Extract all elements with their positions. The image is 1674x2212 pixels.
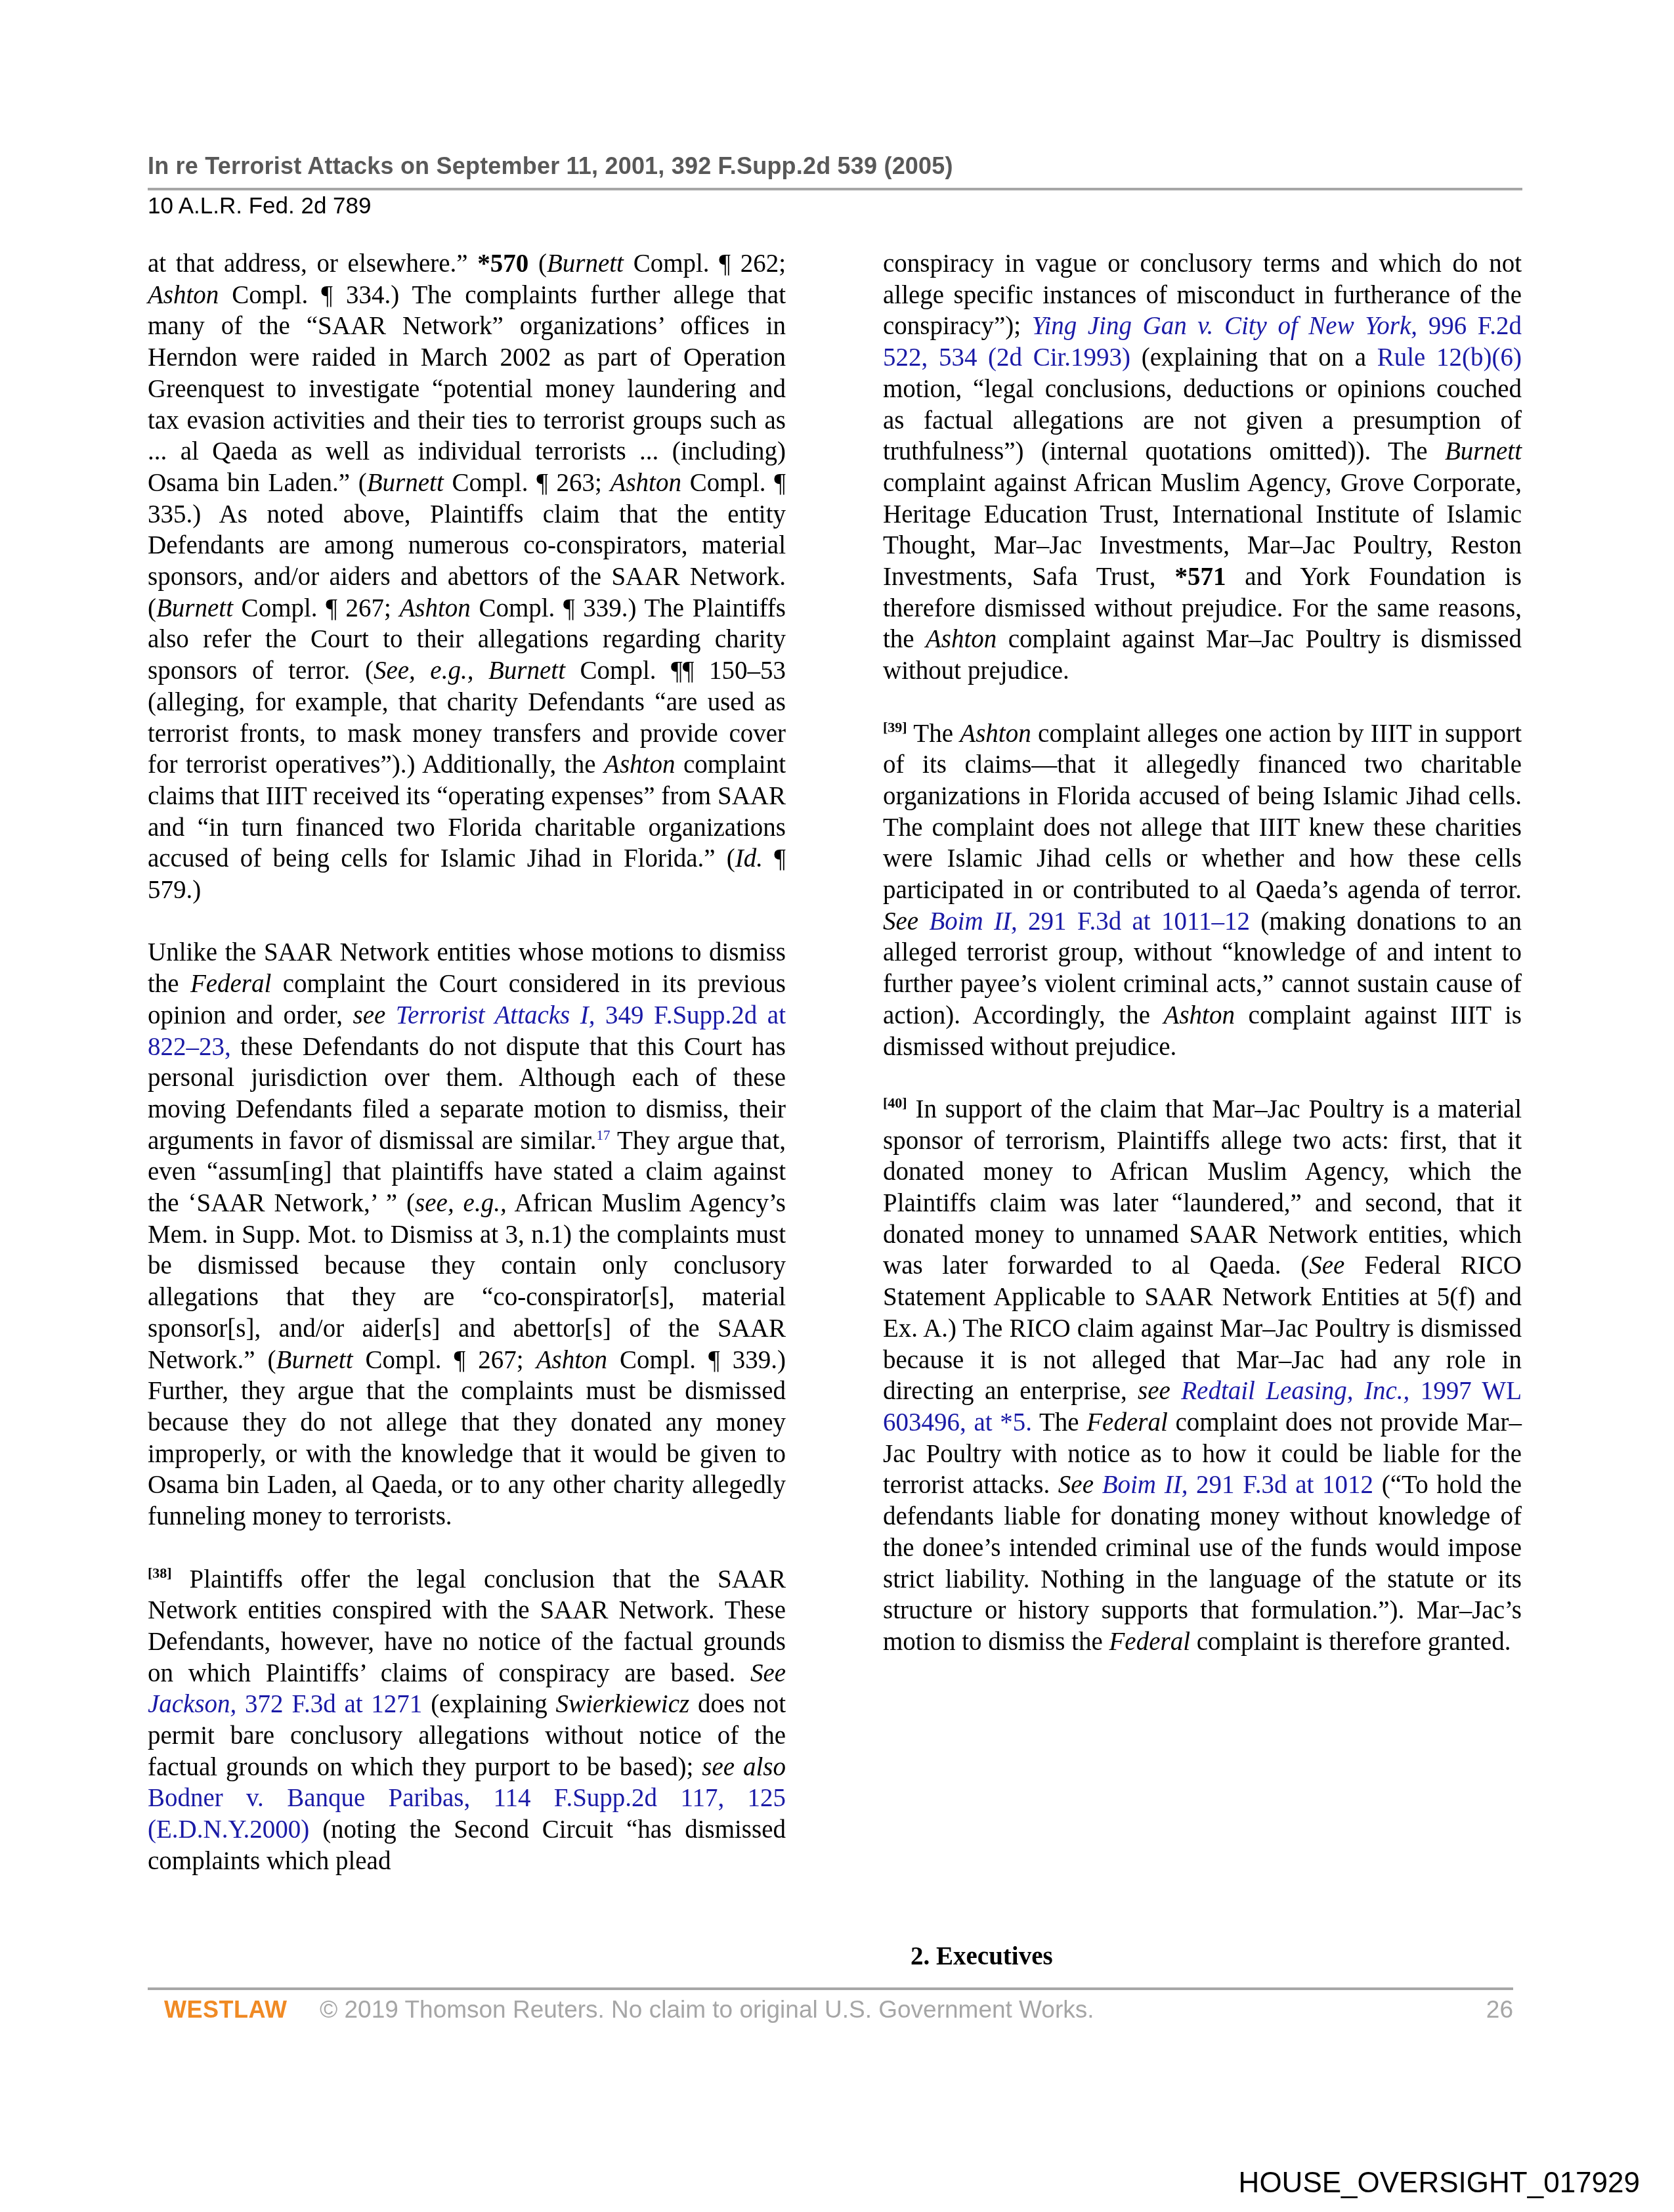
emphasis-text: See [1058, 1471, 1094, 1499]
citation-link[interactable]: Redtail Leasing, Inc., [1181, 1377, 1409, 1405]
emphasis-text: Ashton [960, 720, 1031, 748]
emphasis-text: Id. [735, 844, 763, 873]
body-text: motion, “legal conclusions, deductions o… [883, 375, 1522, 466]
emphasis-text: Swierkiewicz [556, 1690, 690, 1718]
copyright-notice: © 2019 Thomson Reuters. No claim to orig… [320, 1996, 1094, 2024]
body-text: (explaining that on a [1130, 343, 1377, 372]
paragraph: Unlike the SAAR Network entities whose m… [148, 937, 786, 1532]
body-text [1094, 1471, 1102, 1499]
body-text [385, 1001, 396, 1030]
citation-link[interactable]: Boim II, [1102, 1471, 1188, 1499]
body-text [1170, 1377, 1181, 1405]
citation-link[interactable]: 372 F.3d at 1271 [236, 1690, 422, 1718]
paragraph: at that address, or elsewhere.” *570 (Bu… [148, 248, 786, 906]
paragraph: [40] In support of the claim that Mar–Ja… [883, 1094, 1522, 1658]
emphasis-text: See, e.g., [374, 657, 474, 685]
emphasis-text: Federal [1109, 1628, 1190, 1656]
emphasis-text: See [1309, 1251, 1344, 1280]
emphasis-text: See [883, 907, 918, 936]
body-text: Compl. ¶ 334.) The complaints further al… [148, 281, 786, 497]
westlaw-logo: WESTLAW [164, 1996, 287, 2024]
emphasis-text: Ashton [1164, 1001, 1235, 1030]
section-heading: 2. Executives [911, 1941, 1053, 1971]
body-text: at that address, or elsewhere.” [148, 249, 477, 278]
emphasis-text: Ashton [926, 625, 997, 653]
emphasis-text: Burnett [276, 1346, 353, 1374]
citation-link[interactable]: 291 F.3d at 1011–12 [1018, 907, 1250, 936]
emphasis-text: Ashton [148, 281, 219, 309]
body-text [918, 907, 929, 936]
paragraph: [38] Plaintiffs offer the legal conclusi… [148, 1564, 786, 1877]
citation-link[interactable]: Jackson, [148, 1690, 236, 1718]
body-text: Compl. ¶ 267; [353, 1346, 536, 1374]
document-citation: 10 A.L.R. Fed. 2d 789 [148, 193, 372, 219]
emphasis-text: Federal [1086, 1408, 1167, 1437]
citation-link[interactable]: Rule 12(b)(6) [1377, 343, 1522, 372]
emphasis-text: Burnett [1445, 437, 1522, 466]
body-text: The [1032, 1408, 1086, 1437]
emphasis-text: See [750, 1659, 786, 1687]
paragraph: [39] The Ashton complaint alleges one ac… [883, 718, 1522, 1063]
citation-link[interactable]: Terrorist Attacks I, [396, 1001, 595, 1030]
emphasis-text: Ashton [536, 1346, 607, 1374]
page-number: 26 [1486, 1996, 1513, 2024]
emphasis-text: Federal [190, 970, 271, 998]
emphasis-text: Burnett [547, 249, 624, 278]
emphasis-text: see, e.g., [415, 1189, 507, 1217]
citation-link[interactable]: Boim II, [929, 907, 1017, 936]
emphasis-text: see [353, 1001, 386, 1030]
body-text: complaint is therefore granted. [1190, 1628, 1511, 1656]
left-column: at that address, or elsewhere.” *570 (Bu… [148, 248, 786, 1877]
star-page-marker: *571 [1174, 563, 1226, 591]
emphasis-text: Ashton [399, 594, 470, 622]
emphasis-text: see [1138, 1377, 1170, 1405]
body-text [473, 657, 488, 685]
emphasis-text: Burnett [488, 657, 565, 685]
body-text: The [907, 720, 960, 748]
body-text: Compl. ¶ 263; [444, 469, 611, 497]
right-column: conspiracy in vague or conclusory terms … [883, 248, 1522, 1658]
headnote-marker: [40] [883, 1095, 907, 1111]
body-text: (explaining [422, 1690, 555, 1718]
body-text: Compl. ¶ 267; [233, 594, 399, 622]
emphasis-text: Burnett [367, 469, 444, 497]
headnote-marker: [38] [148, 1565, 172, 1581]
citation-link[interactable]: Ying Jing Gan v. City of New York, [1032, 312, 1417, 340]
paragraph: conspiracy in vague or conclusory terms … [883, 248, 1522, 687]
headnote-marker: [39] [883, 719, 907, 735]
emphasis-text: Burnett [156, 594, 233, 622]
body-text: ( [528, 249, 547, 278]
citation-link[interactable]: 291 F.3d at 1012 [1188, 1471, 1373, 1499]
emphasis-text: see also [702, 1753, 786, 1781]
bates-number: HOUSE_OVERSIGHT_017929 [1239, 2167, 1640, 2200]
body-text: Plaintiffs offer the legal conclusion th… [148, 1565, 786, 1687]
document-title: In re Terrorist Attacks on September 11,… [148, 152, 953, 180]
header-divider [148, 188, 1522, 190]
emphasis-text: Ashton [604, 750, 675, 779]
footer-divider [148, 1987, 1513, 1990]
emphasis-text: Ashton [611, 469, 681, 497]
body-text: Compl. ¶ 262; [624, 249, 786, 278]
footnote-link[interactable]: 17 [596, 1127, 610, 1143]
star-page-marker: *570 [477, 249, 528, 278]
